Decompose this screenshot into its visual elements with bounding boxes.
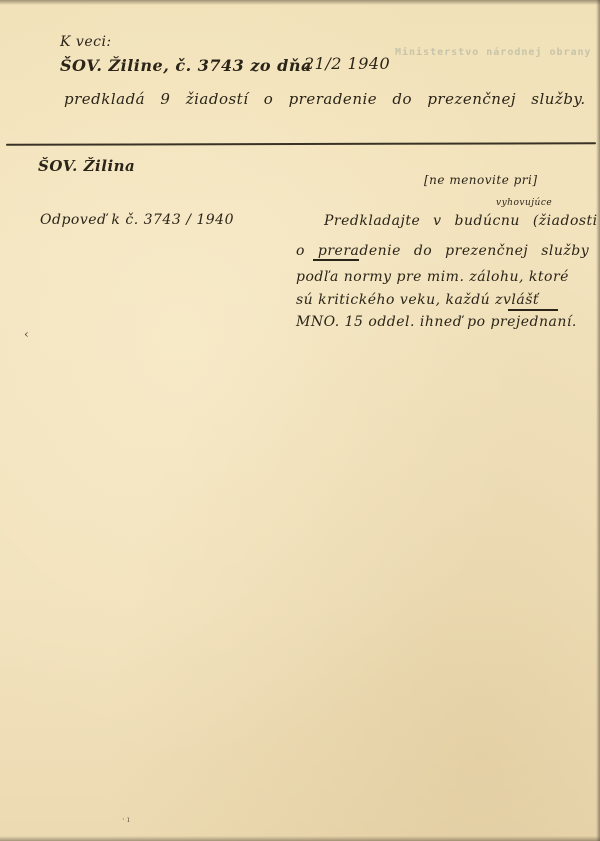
annotation-insert: vyhovujúce	[496, 198, 552, 208]
addressee: ŠOV. Žilina	[38, 157, 135, 175]
document-page: K veci: ŠOV. Žiline, č. 3743 zo dňa 21/2…	[0, 0, 600, 841]
body-line-2: o preradenie do prezenčnej služby	[296, 243, 589, 259]
underline-zvlast	[508, 309, 558, 311]
body-line-5: MNO. 15 oddel. ihneď po prejednaní.	[296, 314, 577, 330]
scan-right-edge	[596, 0, 600, 841]
header-summary: predkladá 9 žiadostí o preradenie do pre…	[64, 90, 586, 108]
annotation-bracket: [ne menovite pri]	[424, 173, 538, 187]
scan-top-edge	[0, 0, 600, 5]
edge-mark: ‹	[24, 327, 29, 341]
header-subject-label: K veci:	[60, 34, 112, 50]
header-date: 21/2 1940	[304, 54, 390, 73]
underline-preradenie	[313, 259, 359, 261]
reference-number: Odpoveď k č. 3743 / 1940	[40, 212, 234, 228]
body-line-1: Predkladajte v budúcnu (žiadosti	[324, 213, 598, 229]
faint-stamp: Ministerstvo národnej obrany	[395, 47, 592, 58]
body-line-4: sú kritického veku, každú zvlášť	[296, 292, 539, 308]
body-line-3: podľa normy pre mim. zálohu, ktoré	[296, 269, 569, 285]
scan-bottom-edge	[0, 836, 600, 841]
section-divider	[6, 142, 596, 146]
header-office-reference: ŠOV. Žiline, č. 3743 zo dňa	[60, 56, 312, 75]
bottom-dots: · ı	[122, 815, 130, 824]
